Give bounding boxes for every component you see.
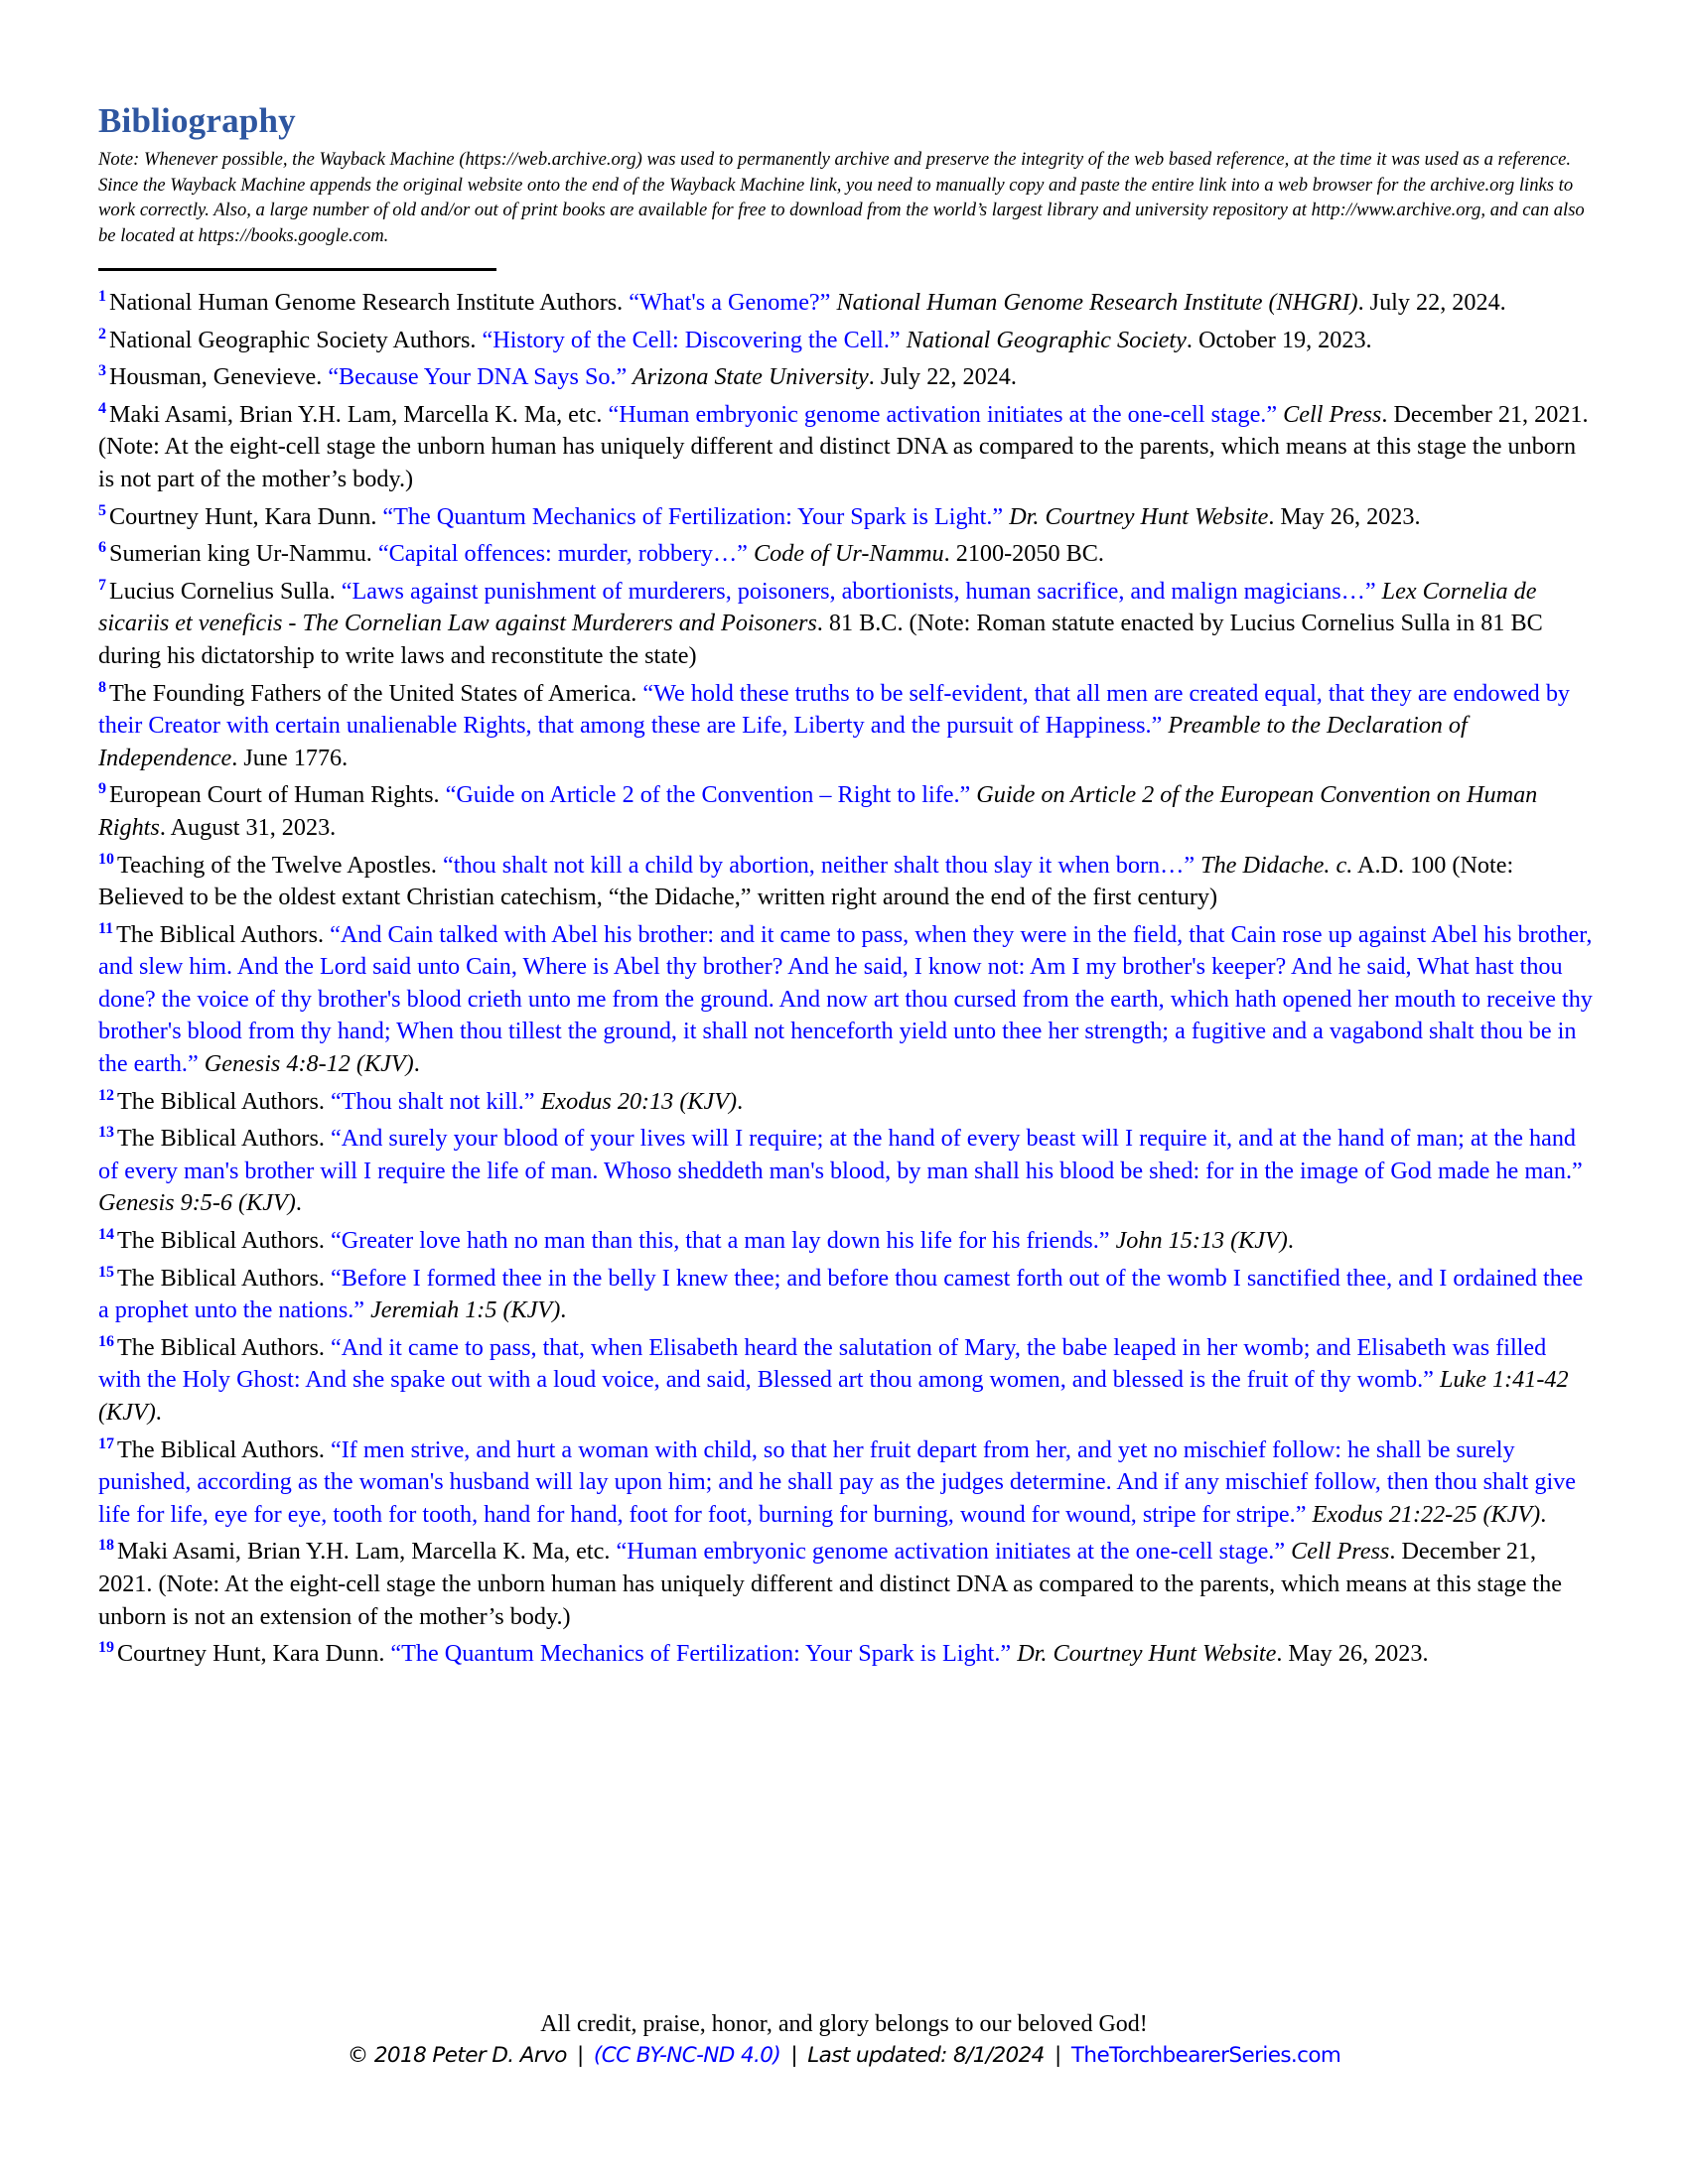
reference-list: 1National Human Genome Research Institut… (98, 287, 1593, 1671)
separator: | (790, 2043, 797, 2068)
reference-author: National Human Genome Research Institute… (109, 289, 629, 316)
reference-author: The Biblical Authors. (117, 1334, 331, 1361)
reference-link[interactable]: “Human embryonic genome activation initi… (616, 1538, 1285, 1565)
reference-number[interactable]: 2 (98, 326, 106, 342)
reference-details: . (296, 1189, 302, 1216)
reference-author: The Biblical Authors. (117, 1436, 331, 1463)
reference-item: 14The Biblical Authors. “Greater love ha… (98, 1225, 1593, 1258)
reference-link[interactable]: “Because Your DNA Says So.” (328, 363, 627, 390)
reference-number[interactable]: 12 (98, 1087, 114, 1104)
reference-publication: National Geographic Society (901, 327, 1187, 353)
reference-item: 1National Human Genome Research Institut… (98, 287, 1593, 320)
separator: | (577, 2043, 584, 2068)
reference-publication: Genesis 9:5-6 (KJV) (98, 1189, 296, 1216)
reference-author: Courtney Hunt, Kara Dunn. (109, 503, 382, 530)
reference-item: 12The Biblical Authors. “Thou shalt not … (98, 1086, 1593, 1119)
reference-author: The Biblical Authors. (116, 921, 330, 948)
reference-link[interactable]: “Guide on Article 2 of the Convention – … (446, 781, 971, 808)
separator: | (1055, 2043, 1061, 2068)
copyright-text: © 2018 Peter D. Arvo (348, 2043, 567, 2068)
reference-item: 5Courtney Hunt, Kara Dunn. “The Quantum … (98, 501, 1593, 534)
reference-number[interactable]: 17 (98, 1435, 114, 1452)
reference-publication: Genesis 4:8-12 (KJV) (199, 1050, 414, 1077)
reference-author: The Biblical Authors. (117, 1265, 331, 1292)
reference-publication: Cell Press (1285, 1538, 1389, 1565)
reference-publication: Code of Ur-Nammu (748, 540, 944, 567)
reference-number[interactable]: 8 (98, 679, 106, 696)
reference-item: 8The Founding Fathers of the United Stat… (98, 678, 1593, 775)
reference-item: 9European Court of Human Rights. “Guide … (98, 779, 1593, 844)
page-title: Bibliography (98, 99, 1593, 143)
reference-publication: Jeremiah 1:5 (KJV) (364, 1297, 560, 1323)
reference-item: 16The Biblical Authors. “And it came to … (98, 1332, 1593, 1430)
reference-author: The Biblical Authors. (117, 1227, 331, 1254)
reference-number[interactable]: 13 (98, 1124, 114, 1141)
reference-link[interactable]: “Human embryonic genome activation initi… (608, 401, 1277, 428)
reference-link[interactable]: “Greater love hath no man than this, tha… (331, 1227, 1110, 1254)
reference-number[interactable]: 11 (98, 920, 113, 937)
reference-number[interactable]: 4 (98, 400, 106, 417)
reference-number[interactable]: 16 (98, 1333, 114, 1350)
reference-item: 13The Biblical Authors. “And surely your… (98, 1123, 1593, 1220)
reference-author: The Biblical Authors. (117, 1125, 331, 1152)
site-link[interactable]: TheTorchbearerSeries.com (1071, 2043, 1340, 2068)
reference-link[interactable]: “Laws against punishment of murderers, p… (342, 578, 1376, 605)
reference-link[interactable]: “The Quantum Mechanics of Fertilization:… (390, 1640, 1011, 1667)
reference-details: . (414, 1050, 420, 1077)
reference-item: 18Maki Asami, Brian Y.H. Lam, Marcella K… (98, 1536, 1593, 1633)
reference-number[interactable]: 15 (98, 1264, 114, 1281)
last-updated-text: Last updated: 8/1/2024 (807, 2043, 1044, 2068)
reference-item: 6Sumerian king Ur-Nammu. “Capital offenc… (98, 538, 1593, 571)
reference-details: . (1540, 1501, 1546, 1528)
reference-details: . 2100-2050 BC. (944, 540, 1104, 567)
license-link[interactable]: (CC BY-NC-ND 4.0) (594, 2043, 780, 2068)
page-footer: All credit, praise, honor, and glory bel… (0, 2008, 1688, 2072)
reference-number[interactable]: 6 (98, 539, 106, 556)
reference-publication: Dr. Courtney Hunt Website (1011, 1640, 1276, 1667)
reference-author: The Biblical Authors. (117, 1088, 331, 1115)
reference-item: 10Teaching of the Twelve Apostles. “thou… (98, 850, 1593, 914)
reference-number[interactable]: 19 (98, 1639, 114, 1656)
reference-number[interactable]: 14 (98, 1226, 114, 1243)
reference-author: Maki Asami, Brian Y.H. Lam, Marcella K. … (109, 401, 608, 428)
reference-link[interactable]: “What's a Genome?” (629, 289, 830, 316)
reference-author: Maki Asami, Brian Y.H. Lam, Marcella K. … (117, 1538, 616, 1565)
reference-details: . June 1776. (231, 745, 348, 771)
reference-publication: Exodus 21:22-25 (KJV) (1306, 1501, 1540, 1528)
reference-author: Housman, Genevieve. (109, 363, 328, 390)
reference-link[interactable]: “Thou shalt not kill.” (331, 1088, 535, 1115)
reference-details: . (560, 1297, 566, 1323)
reference-publication: Exodus 20:13 (KJV) (535, 1088, 738, 1115)
reference-details: . July 22, 2024. (1358, 289, 1506, 316)
reference-item: 19Courtney Hunt, Kara Dunn. “The Quantum… (98, 1638, 1593, 1671)
reference-publication: The Didache. c. (1195, 852, 1352, 879)
archive-note: Note: Whenever possible, the Wayback Mac… (98, 147, 1593, 248)
reference-details: . July 22, 2024. (869, 363, 1017, 390)
reference-number[interactable]: 9 (98, 780, 106, 797)
reference-details: . August 31, 2023. (160, 814, 336, 841)
reference-number[interactable]: 7 (98, 577, 106, 594)
reference-publication: Arizona State University (627, 363, 868, 390)
reference-number[interactable]: 1 (98, 288, 106, 305)
reference-number[interactable]: 18 (98, 1537, 114, 1554)
reference-link[interactable]: “thou shalt not kill a child by abortion… (443, 852, 1195, 879)
reference-item: 11The Biblical Authors. “And Cain talked… (98, 919, 1593, 1081)
reference-author: Lucius Cornelius Sulla. (109, 578, 342, 605)
bibliography-page: Bibliography Note: Whenever possible, th… (98, 99, 1593, 1676)
footnote-divider (98, 268, 496, 271)
reference-details: . May 26, 2023. (1268, 503, 1420, 530)
reference-number[interactable]: 5 (98, 502, 106, 519)
reference-details: . (156, 1399, 162, 1426)
reference-item: 4Maki Asami, Brian Y.H. Lam, Marcella K.… (98, 399, 1593, 496)
reference-details: . May 26, 2023. (1276, 1640, 1428, 1667)
reference-author: European Court of Human Rights. (109, 781, 446, 808)
reference-author: National Geographic Society Authors. (109, 327, 483, 353)
reference-author: Teaching of the Twelve Apostles. (117, 852, 443, 879)
reference-item: 15The Biblical Authors. “Before I formed… (98, 1263, 1593, 1327)
copyright-line: © 2018 Peter D. Arvo | (CC BY-NC-ND 4.0)… (0, 2040, 1688, 2072)
reference-publication: John 15:13 (KJV) (1110, 1227, 1288, 1254)
reference-author: Sumerian king Ur-Nammu. (109, 540, 378, 567)
reference-author: The Founding Fathers of the United State… (109, 680, 642, 707)
reference-item: 7Lucius Cornelius Sulla. “Laws against p… (98, 576, 1593, 673)
reference-details: . (1288, 1227, 1294, 1254)
reference-author: Courtney Hunt, Kara Dunn. (117, 1640, 390, 1667)
reference-publication: National Human Genome Research Institute… (830, 289, 1357, 316)
reference-link[interactable]: “Capital offences: murder, robbery…” (378, 540, 748, 567)
reference-publication: Cell Press (1277, 401, 1381, 428)
reference-number[interactable]: 10 (98, 851, 114, 868)
reference-item: 3Housman, Genevieve. “Because Your DNA S… (98, 361, 1593, 394)
reference-link[interactable]: “The Quantum Mechanics of Fertilization:… (382, 503, 1003, 530)
reference-details: . (737, 1088, 743, 1115)
reference-item: 17The Biblical Authors. “If men strive, … (98, 1434, 1593, 1532)
reference-link[interactable]: “History of the Cell: Discovering the Ce… (483, 327, 901, 353)
reference-number[interactable]: 3 (98, 362, 106, 379)
reference-item: 2National Geographic Society Authors. “H… (98, 325, 1593, 357)
dedication-text: All credit, praise, honor, and glory bel… (0, 2008, 1688, 2040)
reference-publication: Dr. Courtney Hunt Website (1003, 503, 1268, 530)
reference-details: . October 19, 2023. (1187, 327, 1372, 353)
